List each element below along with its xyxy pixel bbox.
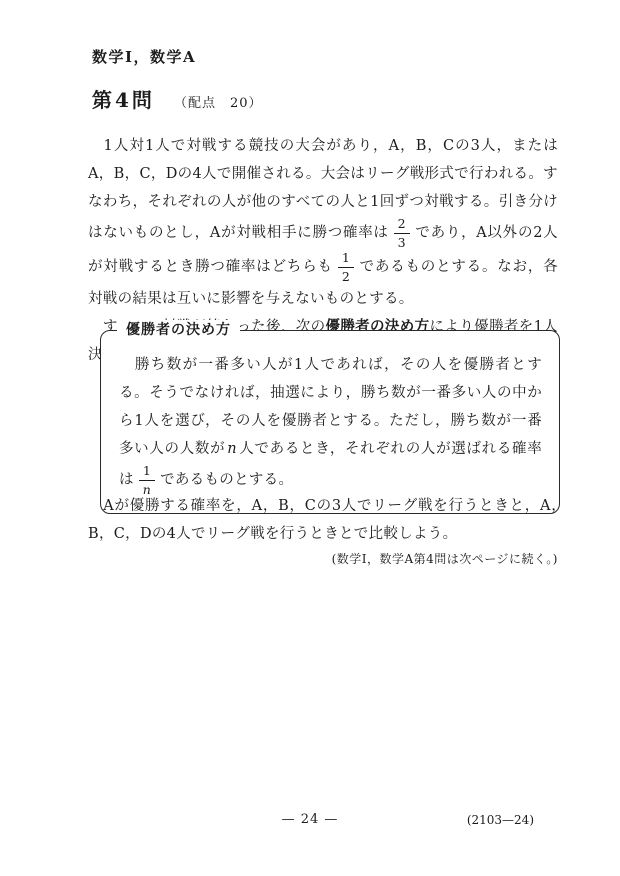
fraction-one-half: 12 xyxy=(338,250,354,284)
fraction-numerator: 1 xyxy=(338,250,354,268)
math-variable-n: n xyxy=(225,441,239,457)
fraction-numerator: 2 xyxy=(394,216,410,234)
rule-text: であるものとする。 xyxy=(160,472,293,488)
question-heading: 第4問 （配点 20） xyxy=(92,84,263,113)
points-label: （配点 20） xyxy=(174,96,263,111)
subject-header: 数学Ⅰ，数学A xyxy=(92,46,196,67)
closing-paragraph: Aが優勝する確率を，A，B，Cの3人でリーグ戦を行うときと，A，B，C，Dの4人… xyxy=(88,492,566,548)
winner-rule-box: 優勝者の決め方 勝ち数が一番多い人が1人であれば，その人を優勝者とする。そうでな… xyxy=(100,330,560,514)
winner-rule-box-text: 勝ち数が一番多い人が1人であれば，その人を優勝者とする。そうでなければ，抽選によ… xyxy=(101,331,559,513)
document-code: (2103—24) xyxy=(0,813,534,827)
winner-rule-box-title: 優勝者の決め方 xyxy=(117,320,240,341)
exam-page: 数学Ⅰ，数学A 第4問 （配点 20） 1人対1人で対戦する競技の大会があり，A… xyxy=(0,0,620,876)
question-number: 第4問 xyxy=(92,88,155,112)
fraction-two-thirds: 23 xyxy=(394,216,410,250)
fraction-numerator: 1 xyxy=(139,463,155,481)
fraction-denominator: 2 xyxy=(338,268,354,285)
continuation-note: (数学Ⅰ，数学A第4問は次ページに続く。) xyxy=(88,550,558,567)
fraction-denominator: 3 xyxy=(394,234,410,251)
problem-paragraph-1: 1人対1人で対戦する競技の大会があり，A，B，Cの3人，またはA，B，C，Dの4… xyxy=(88,132,558,313)
